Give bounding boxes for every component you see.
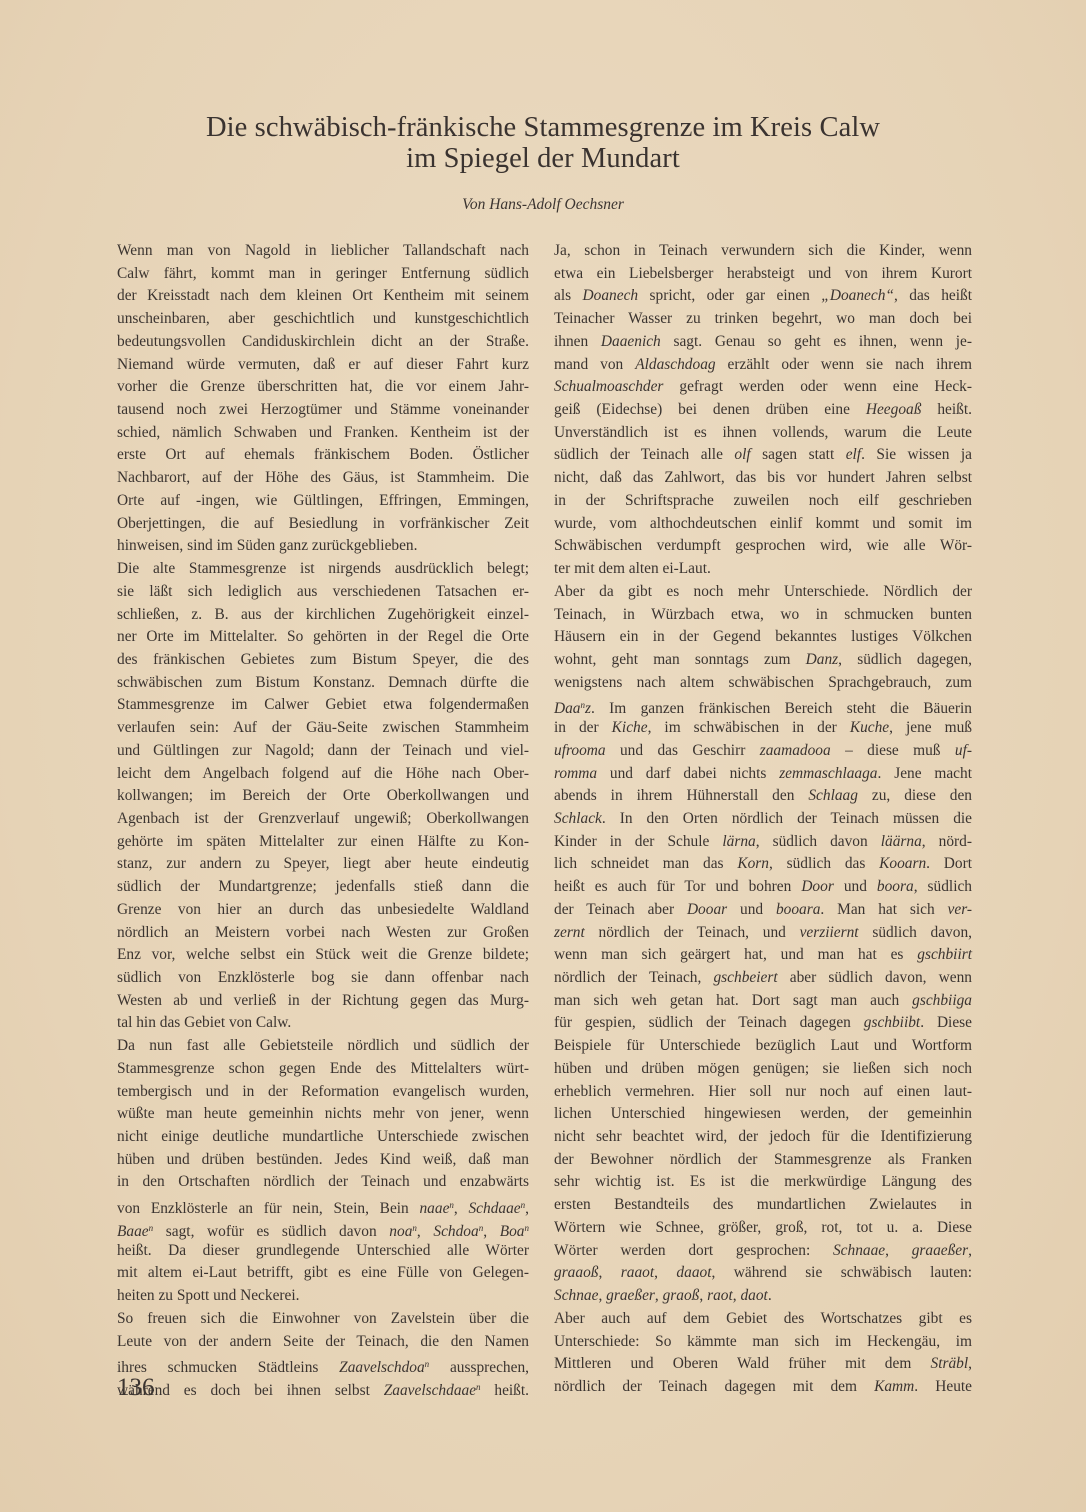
- text-line: des fränkischen Gebietes zum Bistum Spey…: [117, 649, 529, 672]
- article-title-line-2: im Spiegel der Mundart: [0, 143, 1086, 175]
- text-line: Da nun fast alle Gebietsteile nördlich u…: [117, 1035, 529, 1058]
- text-line: nördlich der Teinach, gschbeiert aber sü…: [554, 967, 972, 990]
- text-line: Oberjettingen, die auf Besiedlung in vor…: [117, 513, 529, 536]
- text-line: graaoß, raaot, daaot, während sie schwäb…: [554, 1262, 972, 1285]
- text-line: stanz, zur andern zu Speyer, liegt aber …: [117, 853, 529, 876]
- text-line: Aber auch auf dem Gebiet des Wortschatze…: [554, 1308, 972, 1331]
- text-line: nördlich an Meistern vorbei nach Westen …: [117, 922, 529, 945]
- text-line: So freuen sich die Einwohner von Zavelst…: [117, 1308, 529, 1331]
- text-line: der Bewohner nördlich der Stammesgrenze …: [554, 1149, 972, 1172]
- text-line: mand von Aldaschdoag erzählt oder wenn s…: [554, 354, 972, 377]
- text-line: nicht einige deutliche mundartliche Unte…: [117, 1126, 529, 1149]
- text-line: der Kreisstadt nach dem kleinen Ort Kent…: [117, 285, 529, 308]
- page-number: 136: [117, 1374, 155, 1402]
- text-line: ufrooma und das Geschirr zaamadooa – die…: [554, 740, 972, 763]
- text-line: als Doanech spricht, oder gar einen „Doa…: [554, 285, 972, 308]
- text-line: erheblich vermehren. Hier soll nur noch …: [554, 1081, 972, 1104]
- text-line: Kinder in der Schule lärna, südlich davo…: [554, 831, 972, 854]
- text-line: Schlack. In den Orten nördlich der Teina…: [554, 808, 972, 831]
- text-line: Orte auf -ingen, wie Gültlingen, Effring…: [117, 490, 529, 513]
- text-line: Unterschiede: So kämmte man sich im Heck…: [554, 1331, 972, 1354]
- text-line: lich schneidet man das Korn, südlich das…: [554, 853, 972, 876]
- text-line: ihnen Daaenich sagt. Genau so geht es ih…: [554, 331, 972, 354]
- article-author: Von Hans-Adolf Oechsner: [0, 196, 1086, 214]
- text-line: nicht, daß das Zahlwort, das bis vor hun…: [554, 467, 972, 490]
- text-line: südlich der Teinach alle olf sagen statt…: [554, 444, 972, 467]
- text-line: kollwangen; im Bereich der Orte Oberkoll…: [117, 785, 529, 808]
- text-line: von Enzklösterle an für nein, Stein, Bei…: [117, 1194, 529, 1217]
- text-line: schied, nämlich Schwaben und Franken. Ke…: [117, 422, 529, 445]
- text-line: nicht sehr beachtet wird, der jedoch für…: [554, 1126, 972, 1149]
- text-line: schließen, z. B. aus der kirchlichen Zug…: [117, 604, 529, 627]
- text-line: heiten zu Spott und Neckerei.: [117, 1285, 529, 1308]
- text-line: erste Ort auf ehemals fränkischem Boden.…: [117, 444, 529, 467]
- text-line: Aber da gibt es noch mehr Unterschiede. …: [554, 581, 972, 604]
- text-line: schwäbischen zum Bistum Konstanz. Demnac…: [117, 672, 529, 695]
- text-line: Enz vor, welche selbst ein Stück weit di…: [117, 944, 529, 967]
- text-line: Leute von der andern Seite der Teinach, …: [117, 1331, 529, 1354]
- text-line: Häusern ein in der Gegend bekanntes lust…: [554, 626, 972, 649]
- text-line: in den Ortschaften nördlich der Teinach …: [117, 1171, 529, 1194]
- text-line: Stammesgrenze schon gegen Ende des Mitte…: [117, 1058, 529, 1081]
- text-line: wenigstens nach altem schwäbischen Sprac…: [554, 672, 972, 695]
- text-line: südlich der Mundartgrenze; jedenfalls st…: [117, 876, 529, 899]
- text-line: Wörtern wie Schnee, größer, groß, rot, t…: [554, 1217, 972, 1240]
- text-line: Unverständlich ist es ihnen vollends, wa…: [554, 422, 972, 445]
- text-line: wurde, vom althochdeutschen einlif kommt…: [554, 513, 972, 536]
- text-line: abends in ihrem Hühnerstall den Schlaag …: [554, 785, 972, 808]
- text-line: Daanz. Im ganzen fränkischen Bereich ste…: [554, 694, 972, 717]
- text-line: mit altem ei-Laut betrifft, gibt es eine…: [117, 1262, 529, 1285]
- text-line: Agenbach ist der Grenzverlauf ungewiß; O…: [117, 808, 529, 831]
- text-line: sie läßt sich lediglich aus verschiedene…: [117, 581, 529, 604]
- text-line: Wörter werden dort gesprochen: Schnaae, …: [554, 1240, 972, 1263]
- text-line: in der Kiche, im schwäbischen in der Kuc…: [554, 717, 972, 740]
- text-line: in der Schriftsprache zuweilen noch eilf…: [554, 490, 972, 513]
- text-line: Stammesgrenze im Calwer Gebiet etwa folg…: [117, 694, 529, 717]
- text-line: leicht dem Angelbach folgend auf die Höh…: [117, 763, 529, 786]
- text-line: bedeutungsvollen Candiduskirchlein dicht…: [117, 331, 529, 354]
- text-line: nördlich der Teinach dagegen mit dem Kam…: [554, 1376, 972, 1399]
- text-line: hinweisen, sind im Süden ganz zurückgebl…: [117, 535, 529, 558]
- text-line: Westen ab und verließ in der Richtung ge…: [117, 990, 529, 1013]
- text-line: hüben und drüben bestünden. Jedes Kind w…: [117, 1149, 529, 1172]
- left-text-column: Wenn man von Nagold in lieblicher Tallan…: [117, 240, 529, 1399]
- text-line: und Gültlingen zur Nagold; dann der Tein…: [117, 740, 529, 763]
- text-line: ersten Bestandteils des mundartlichen Zw…: [554, 1194, 972, 1217]
- text-line: Ja, schon in Teinach verwundern sich die…: [554, 240, 972, 263]
- text-line: wüßte man heute gemeinhin nichts mehr vo…: [117, 1103, 529, 1126]
- text-line: tal hin das Gebiet von Calw.: [117, 1012, 529, 1035]
- text-line: für gespien, südlich der Teinach dagegen…: [554, 1012, 972, 1035]
- text-line: hüben und drüben mögen genügen; sie ließ…: [554, 1058, 972, 1081]
- text-line: zernt nördlich der Teinach, und verziier…: [554, 922, 972, 945]
- right-text-column: Ja, schon in Teinach verwundern sich die…: [554, 240, 972, 1399]
- text-line: geiß (Eidechse) bei denen drüben eine He…: [554, 399, 972, 422]
- text-line: tausend noch zwei Herzogtümer und Stämme…: [117, 399, 529, 422]
- text-line: Beispiele für Unterschiede bezüglich Lau…: [554, 1035, 972, 1058]
- text-line: Schualmoaschder gefragt werden oder wenn…: [554, 376, 972, 399]
- text-line: ihres schmucken Städtleins Zaavelschdoan…: [117, 1353, 529, 1376]
- text-line: Calw fährt, kommt man in geringer Entfer…: [117, 263, 529, 286]
- text-line: südlich von Enzklösterle bog sie dann of…: [117, 967, 529, 990]
- document-page: Die schwäbisch-fränkische Stammesgrenze …: [0, 0, 1086, 1512]
- text-line: romma und darf dabei nichts zemmaschlaag…: [554, 763, 972, 786]
- text-line: wenn man sich geärgert hat, und man hat …: [554, 944, 972, 967]
- text-line: Teinach, in Würzbach etwa, wo in schmuck…: [554, 604, 972, 627]
- text-line: heißt. Da dieser grundlegende Unterschie…: [117, 1240, 529, 1263]
- text-line: ner Orte im Mittelalter. So gehörten in …: [117, 626, 529, 649]
- text-line: Mittleren und Oberen Wald früher mit dem…: [554, 1353, 972, 1376]
- text-line: vorher die Grenze überschritten hat, die…: [117, 376, 529, 399]
- text-line: sehr wichtig ist. Es ist die merkwürdige…: [554, 1171, 972, 1194]
- text-line: der Teinach aber Dooar und booara. Man h…: [554, 899, 972, 922]
- text-line: Schwäbischen verdumpft gesprochen wird, …: [554, 535, 972, 558]
- text-line: Teinacher Wasser zu trinken begehrt, wo …: [554, 308, 972, 331]
- text-line: gehörte im späten Mittelalter zur einen …: [117, 831, 529, 854]
- text-line: Grenze von hier an durch das unbesiedelt…: [117, 899, 529, 922]
- text-line: Baaen sagt, wofür es südlich davon noan,…: [117, 1217, 529, 1240]
- text-line: etwa ein Liebelsberger herabsteigt und v…: [554, 263, 972, 286]
- article-title-line-1: Die schwäbisch-fränkische Stammesgrenze …: [0, 112, 1086, 144]
- text-line: verlaufen sein: Auf der Gäu-Seite zwisch…: [117, 717, 529, 740]
- text-line: Nachbarort, auf der Höhe des Gäus, ist S…: [117, 467, 529, 490]
- text-line: ter mit dem alten ei-Laut.: [554, 558, 972, 581]
- text-line: Niemand würde vermuten, daß er auf diese…: [117, 354, 529, 377]
- text-line: Schnae, graeßer, graoß, raot, daot.: [554, 1285, 972, 1308]
- text-line: man sich weh getan hat. Dort sagt man au…: [554, 990, 972, 1013]
- text-line: Die alte Stammesgrenze ist nirgends ausd…: [117, 558, 529, 581]
- text-line: heißt es auch für Tor und bohren Door un…: [554, 876, 972, 899]
- text-line: während es doch bei ihnen selbst Zaavels…: [117, 1376, 529, 1399]
- text-line: lichen Unterschied hingewiesen werden, d…: [554, 1103, 972, 1126]
- text-line: wohnt, geht man sonntags zum Danz, südli…: [554, 649, 972, 672]
- text-line: unscheinbaren, aber geschichtlich und ku…: [117, 308, 529, 331]
- text-line: tembergisch und in der Reformation evang…: [117, 1081, 529, 1104]
- text-line: Wenn man von Nagold in lieblicher Tallan…: [117, 240, 529, 263]
